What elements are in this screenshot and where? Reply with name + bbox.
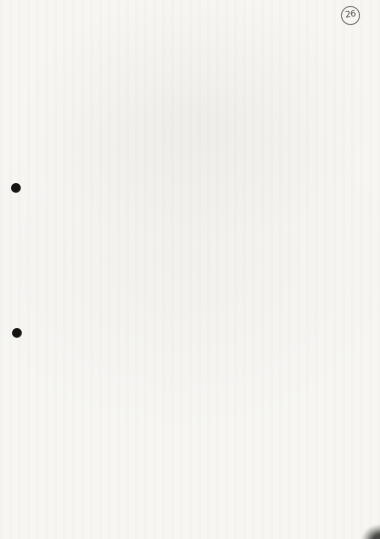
- punch-hole-top: [11, 183, 21, 193]
- page-number: 26: [345, 10, 356, 20]
- handwriting-layer: [0, 0, 380, 539]
- scanned-document: 26: [0, 0, 380, 539]
- corner-smudge: [362, 525, 380, 539]
- punch-hole-bottom: [12, 328, 22, 338]
